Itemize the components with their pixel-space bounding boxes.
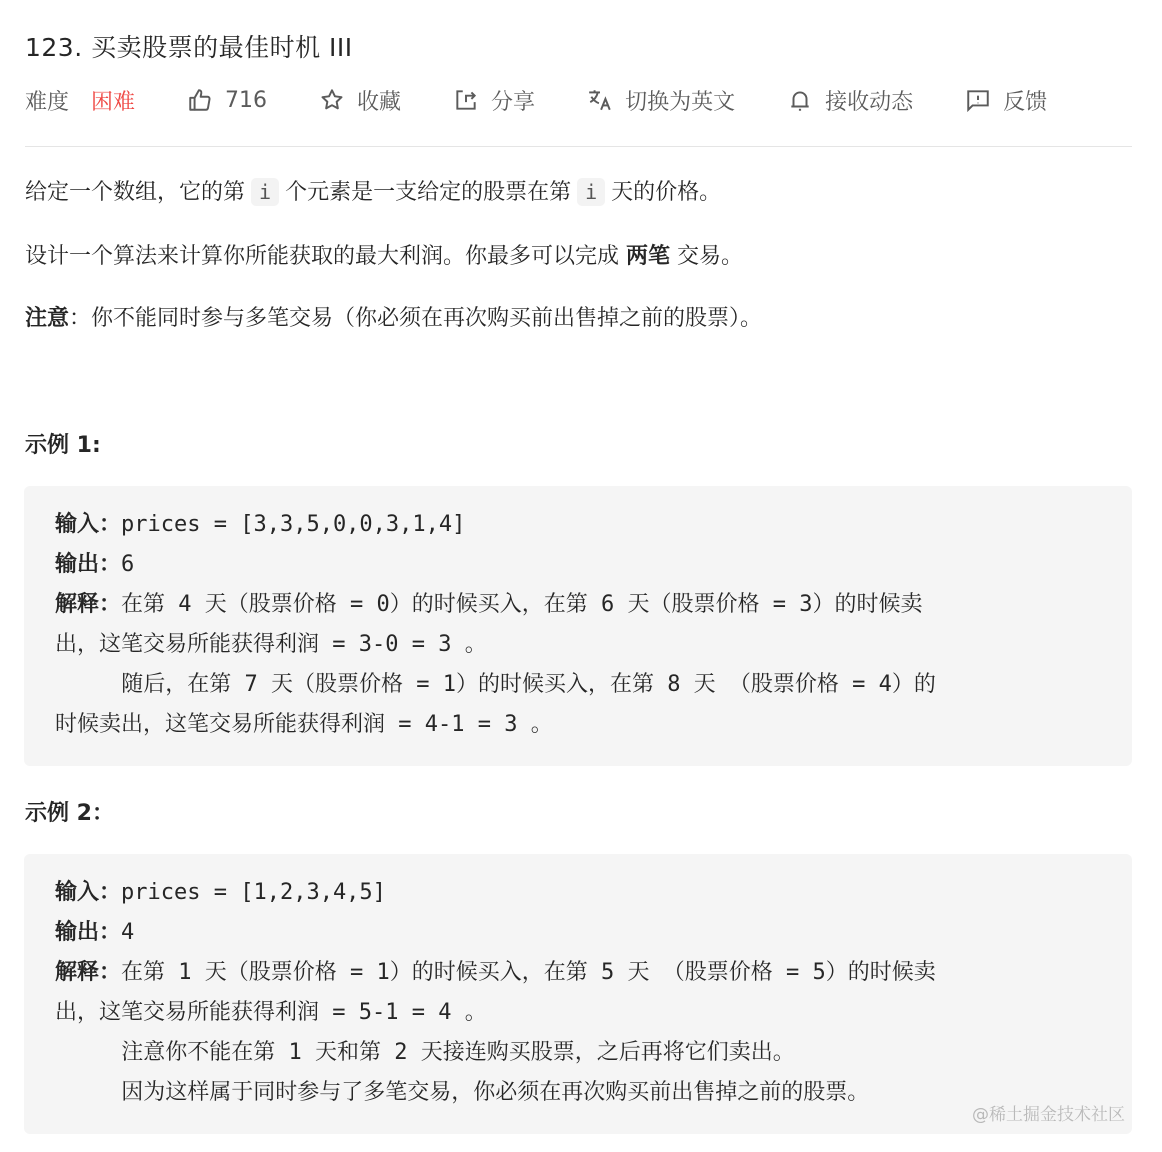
inline-code: i (251, 178, 279, 206)
problem-meta-bar: 难度 困难 716 收藏 分享 切换为英文 接收动态 反馈 (25, 84, 1047, 116)
note-text: ：你不能同时参与多笔交易（你必须在再次购买前出售掉之前的股票）。 (69, 306, 762, 331)
output-value: 6 (121, 552, 134, 577)
favorite-label: 收藏 (357, 85, 401, 116)
text: 给定一个数组，它的第 (25, 180, 245, 205)
bold-text: 两笔 (626, 244, 670, 269)
text: 个元素是一支给定的股票在第 (285, 180, 571, 205)
share-icon (453, 87, 479, 113)
share-label: 分享 (491, 85, 535, 116)
explain-line: 随后，在第 7 天（股票价格 = 1）的时候买入，在第 8 天 （股票价格 = … (55, 670, 936, 700)
description-paragraph-2: 设计一个算法来计算你所能获取的最大利润。你最多可以完成 两笔 交易。 (25, 241, 743, 273)
explain-line: 时候卖出，这笔交易所能获得利润 = 4-1 = 3 。 (55, 710, 553, 740)
example-1-title: 示例 1: (25, 428, 101, 459)
switch-language-label: 切换为英文 (625, 85, 735, 116)
favorite-button[interactable]: 收藏 (319, 85, 401, 116)
header-divider (25, 146, 1132, 147)
subscribe-label: 接收动态 (825, 85, 913, 116)
example-2-title: 示例 2： (25, 796, 114, 827)
difficulty-label: 难度 (25, 85, 69, 116)
output-value: 4 (121, 920, 134, 945)
explain-line: 出，这笔交易所能获得利润 = 3-0 = 3 。 (55, 630, 487, 660)
explain-line: 注意你不能在第 1 天和第 2 天接连购买股票，之后再将它们卖出。 (55, 1038, 795, 1068)
explain-label: 解释： (55, 592, 121, 617)
example-input: 输入：prices = [1,2,3,4,5] (55, 878, 386, 908)
problem-title: 123. 买卖股票的最佳时机 III (25, 28, 353, 64)
thumbs-up-icon (187, 87, 213, 113)
explain-line: 在第 4 天（股票价格 = 0）的时候买入，在第 6 天（股票价格 = 3）的时… (121, 592, 922, 617)
like-count: 716 (225, 88, 267, 113)
difficulty-badge: 困难 (91, 85, 135, 116)
share-button[interactable]: 分享 (453, 85, 535, 116)
input-value: prices = [3,3,5,0,0,3,1,4] (121, 512, 465, 537)
explain-label: 解释： (55, 960, 121, 985)
bell-icon (787, 87, 813, 113)
input-label: 输入： (55, 880, 121, 905)
input-value: prices = [1,2,3,4,5] (121, 880, 386, 905)
example-output: 输出：6 (55, 550, 134, 580)
text: 设计一个算法来计算你所能获取的最大利润。你最多可以完成 (25, 244, 626, 269)
example-2-code-block: 输入：prices = [1,2,3,4,5] 输出：4 解释：在第 1 天（股… (24, 854, 1132, 1134)
inline-code: i (577, 178, 605, 206)
feedback-icon (965, 87, 991, 113)
switch-language-button[interactable]: 切换为英文 (587, 85, 735, 116)
example-explanation: 解释：在第 1 天（股票价格 = 1）的时候买入，在第 5 天 （股票价格 = … (55, 958, 936, 988)
explain-line: 出，这笔交易所能获得利润 = 5-1 = 4 。 (55, 998, 487, 1028)
feedback-label: 反馈 (1003, 85, 1047, 116)
output-label: 输出： (55, 920, 121, 945)
output-label: 输出： (55, 552, 121, 577)
description-note: 注意：你不能同时参与多笔交易（你必须在再次购买前出售掉之前的股票）。 (25, 303, 762, 335)
explain-line: 在第 1 天（股票价格 = 1）的时候买入，在第 5 天 （股票价格 = 5）的… (121, 960, 936, 985)
input-label: 输入： (55, 512, 121, 537)
translate-icon (587, 87, 613, 113)
feedback-button[interactable]: 反馈 (965, 85, 1047, 116)
note-label: 注意 (25, 306, 69, 331)
like-button[interactable]: 716 (187, 87, 267, 113)
example-1-code-block: 输入：prices = [3,3,5,0,0,3,1,4] 输出：6 解释：在第… (24, 486, 1132, 766)
subscribe-button[interactable]: 接收动态 (787, 85, 913, 116)
explain-line: 因为这样属于同时参与了多笔交易，你必须在再次购买前出售掉之前的股票。 (55, 1078, 869, 1108)
example-input: 输入：prices = [3,3,5,0,0,3,1,4] (55, 510, 465, 540)
watermark: @稀土掘金技术社区 (972, 1100, 1125, 1125)
example-output: 输出：4 (55, 918, 134, 948)
text: 天的价格。 (611, 180, 721, 205)
text: 交易。 (670, 244, 743, 269)
star-icon (319, 87, 345, 113)
example-explanation: 解释：在第 4 天（股票价格 = 0）的时候买入，在第 6 天（股票价格 = 3… (55, 590, 922, 620)
description-paragraph-1: 给定一个数组，它的第i个元素是一支给定的股票在第i天的价格。 (25, 176, 721, 209)
